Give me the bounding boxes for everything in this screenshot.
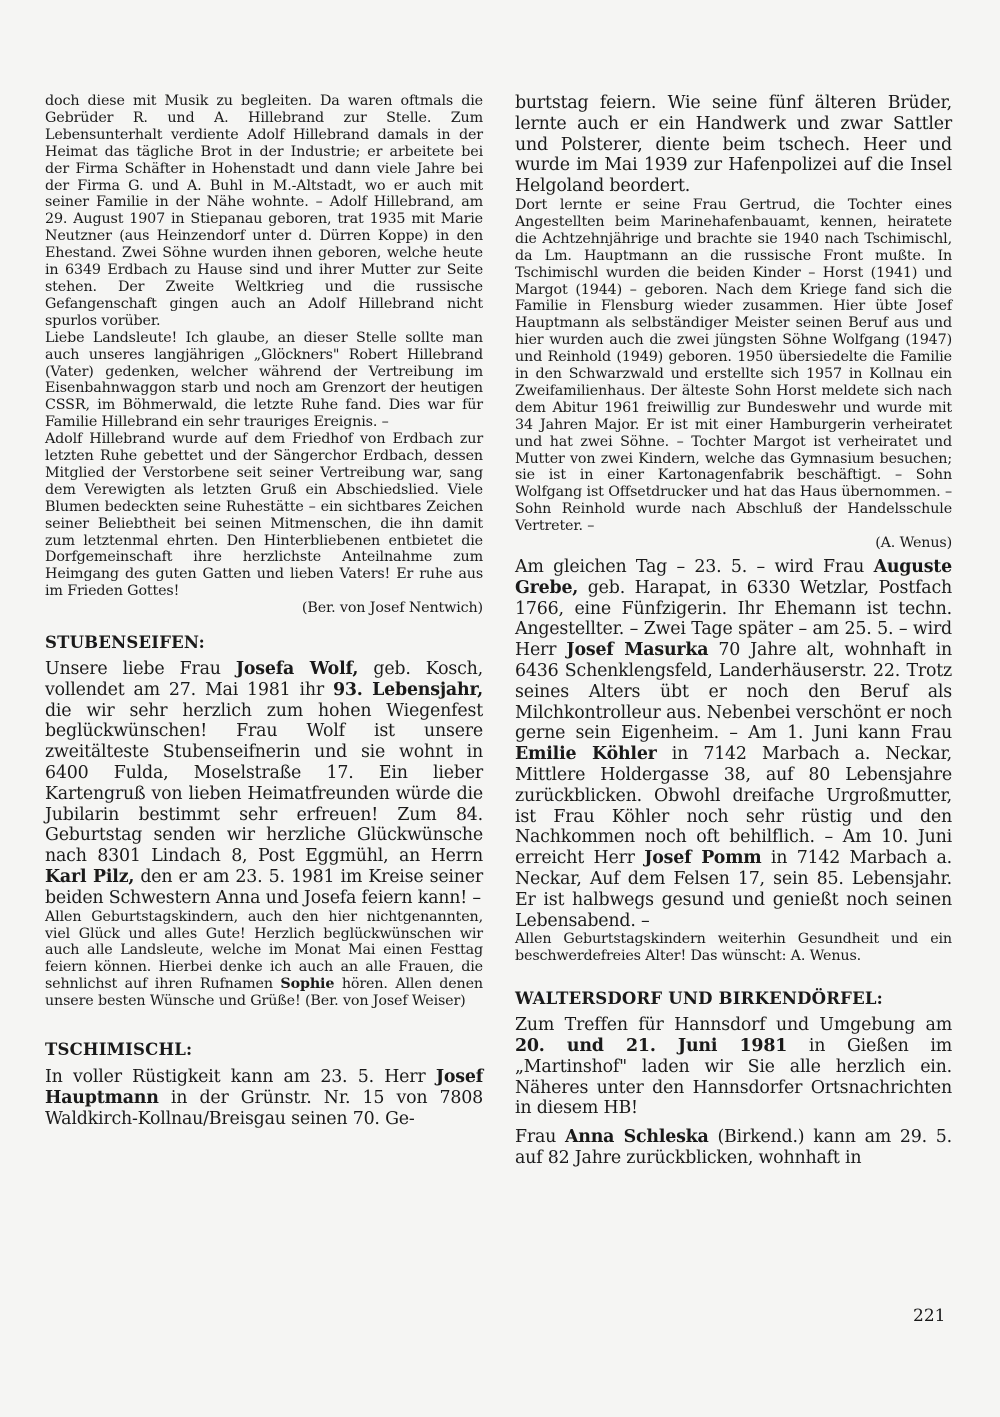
paragraph-josef-hauptmann: In voller Rüstigkeit kann am 23. 5. Herr… (45, 1067, 483, 1129)
paragraph-closing-wishes: Allen Geburtstagskindern weiterhin Gesun… (515, 931, 952, 965)
paragraph-robert-hillebrand: Liebe Landsleute! Ich glaube, an dieser … (45, 330, 483, 431)
left-column: doch diese mit Musik zu begleiten. Da wa… (45, 93, 483, 1129)
paragraph-hillebrand-biography: doch diese mit Musik zu begleiten. Da wa… (45, 93, 483, 330)
paragraph-hauptmann-career: burtstag feiern. Wie seine fünf älteren … (515, 93, 952, 197)
paragraph-hauptmann-family: Dort lernte er seine Frau Gertrud, die T… (515, 197, 952, 535)
paragraph-treffen: Zum Treffen für Hannsdorf und Umgebung a… (515, 1015, 952, 1119)
credit-wenus: (A. Wenus) (515, 535, 952, 552)
heading-stubenseifen: STUBENSEIFEN: (45, 633, 483, 653)
page-number: 221 (913, 1306, 945, 1326)
paragraph-birthday-wishes: Allen Geburtstagskindern, auch den hier … (45, 909, 483, 1010)
paragraph-funeral: Adolf Hillebrand wurde auf dem Friedhof … (45, 431, 483, 600)
credit-nentwich: (Ber. von Josef Nentwich) (45, 600, 483, 617)
right-column: burtstag feiern. Wie seine fünf älteren … (515, 93, 952, 1169)
heading-waltersdorf: WALTERSDORF UND BIRKENDÖRFEL: (515, 989, 952, 1009)
paragraph-birthdays-may-june: Am gleichen Tag – 23. 5. – wird Frau Aug… (515, 557, 952, 931)
paragraph-josefa-wolf: Unsere liebe Frau Josefa Wolf, geb. Kosc… (45, 659, 483, 909)
heading-tschimischl: TSCHIMISCHL: (45, 1040, 483, 1060)
paragraph-anna-schleska: Frau Anna Schleska (Birkend.) kann am 29… (515, 1127, 952, 1169)
